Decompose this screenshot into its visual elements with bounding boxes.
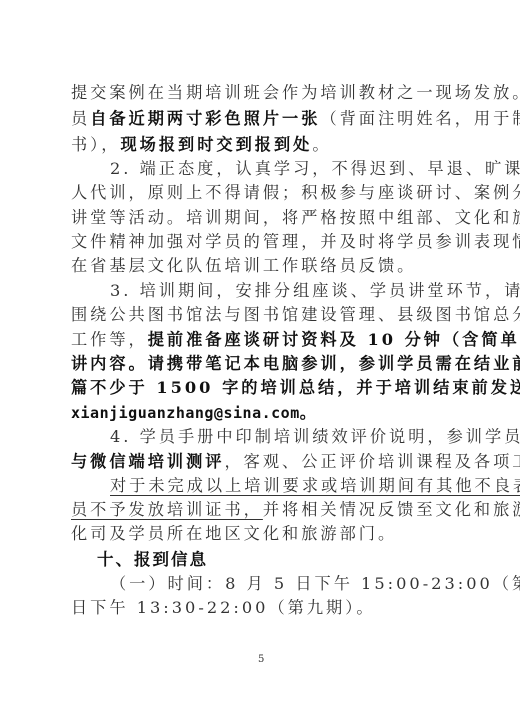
text-segment: 提交案例在当期培训班会作为培训教材之一现场发放。请参训人: [71, 83, 520, 102]
text-segment: 员: [71, 109, 90, 128]
text-line: 3. 培训期间，安排分组座谈、学员讲堂环节，请参训学员: [110, 279, 457, 303]
text-line: 工作等，提前准备座谈研讨资料及 10 分钟（含简单 PPT）的演: [71, 328, 457, 352]
text-segment: 人代训，原则上不得请假；积极参与座谈研讨、案例分享、学员: [71, 183, 520, 202]
text-segment: 4. 学员手册中印制培训绩效评价说明，参训学员需: [110, 427, 520, 446]
bold-text: 。: [300, 403, 319, 422]
underlined-text: 员不予发放培训证书，: [71, 500, 263, 519]
text-segment: 。: [312, 135, 331, 154]
text-line: 篇不少于 1500 字的培训总结，并于培训结束前发送至: [71, 376, 457, 400]
text-line: 人代训，原则上不得请假；积极参与座谈研讨、案例分享、学员: [71, 181, 457, 205]
email-address: xianjiguanzhang@sina.com: [71, 404, 300, 422]
bold-text: 讲内容。请携带笔记本电脑参训，参训学员需在结业前提交 1: [71, 354, 520, 373]
text-line: 日下午 13:30-22:00（第九期）。: [71, 596, 457, 620]
text-line: 对于未完成以上培训要求或培训期间有其他不良表现的学: [110, 474, 457, 498]
text-line: 围绕公共图书馆法与图书馆建设管理、县级图书馆总分馆制建设: [71, 303, 457, 327]
text-segment: 化司及学员所在地区文化和旅游部门。: [71, 524, 397, 543]
text-segment: （背面注明姓名，用于制作结业证: [320, 109, 520, 128]
bold-text: 与微信端培训测评: [71, 452, 225, 471]
text-line: 与微信端培训测评，客观、公正评价培训课程及各项工作。: [71, 450, 457, 474]
text-line: 员自备近期两寸彩色照片一张（背面注明姓名，用于制作结业证: [71, 107, 457, 131]
text-segment: 3. 培训期间，安排分组座谈、学员讲堂环节，请参训学员: [110, 281, 520, 300]
text-segment: 在省基层文化队伍培训工作联络员反馈。: [71, 256, 416, 275]
text-line: 文件精神加强对学员的管理，并及时将学员参训表现情况向其所: [71, 230, 457, 254]
page-number: 5: [258, 654, 264, 665]
text-segment: 围绕公共图书馆法与图书馆建设管理、县级图书馆总分馆制建设: [71, 305, 520, 324]
text-line: 书），现场报到时交到报到处。: [71, 133, 457, 157]
bold-text: 现场报到时交到报到处: [120, 135, 312, 154]
text-line: 4. 学员手册中印制培训绩效评价说明，参训学员需积极参: [110, 425, 457, 449]
text-segment: 讲堂等活动。培训期间，将严格按照中组部、文化和旅游部相关: [71, 208, 520, 227]
text-segment: 书），: [71, 135, 120, 154]
text-line: 化司及学员所在地区文化和旅游部门。: [71, 522, 457, 546]
text-line: 讲内容。请携带笔记本电脑参训，参训学员需在结业前提交 1: [71, 352, 457, 376]
text-segment: 并将相关情况反馈至文化和旅游部公共文: [263, 500, 520, 519]
document-page: 提交案例在当期培训班会作为培训教材之一现场发放。请参训人员自备近期两寸彩色照片一…: [0, 0, 520, 719]
underlined-text: 对于未完成以上培训要求或培训期间有其他不良表现的学: [110, 476, 520, 495]
text-line: 2. 端正态度，认真学习，不得迟到、早退、旷课，不得请: [110, 157, 457, 181]
text-segment: ，客观、公正评价培训课程及各项工作。: [225, 452, 520, 471]
text-segment: 2. 端正态度，认真学习，不得迟到、早退、旷课，不得请: [110, 159, 520, 178]
section-heading: 十、报到信息: [97, 548, 208, 572]
text-segment: （一）时间：8 月 5 日下午 15:00-23:00（第八期）、11 月 4: [110, 574, 520, 593]
bold-text: 提前准备座谈研讨资料及 10 分钟（含简单 PPT）的演: [148, 330, 520, 349]
text-line: 在省基层文化队伍培训工作联络员反馈。: [71, 254, 457, 278]
text-line: 提交案例在当期培训班会作为培训教材之一现场发放。请参训人: [71, 81, 457, 105]
text-segment: 工作等，: [71, 330, 148, 349]
text-line: 员不予发放培训证书，并将相关情况反馈至文化和旅游部公共文: [71, 498, 457, 522]
bold-text: 篇不少于 1500 字的培训总结，并于培训结束前发送至: [71, 378, 520, 397]
text-line: xianjiguanzhang@sina.com。: [71, 401, 457, 425]
bold-text: 自备近期两寸彩色照片一张: [90, 109, 320, 128]
text-segment: 日下午 13:30-22:00（第九期）。: [71, 598, 376, 617]
text-line: （一）时间：8 月 5 日下午 15:00-23:00（第八期）、11 月 4: [110, 572, 457, 596]
text-line: 讲堂等活动。培训期间，将严格按照中组部、文化和旅游部相关: [71, 206, 457, 230]
text-segment: 文件精神加强对学员的管理，并及时将学员参训表现情况向其所: [71, 232, 520, 251]
